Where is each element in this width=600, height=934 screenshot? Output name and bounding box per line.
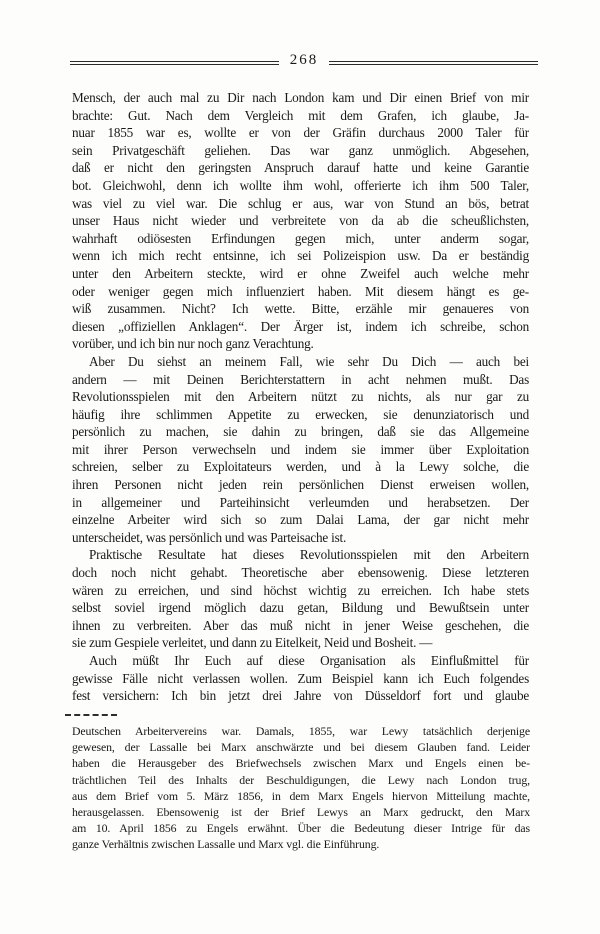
text-line: einzelne Arbeiter wird sich so zum Dalai…	[72, 511, 529, 529]
paragraph: Auch müßt Ihr Euch auf diese Organisatio…	[72, 652, 529, 705]
body-text: Mensch, der auch mal zu Dir nach London …	[72, 89, 529, 705]
text-line: schreien, selber zu Exploitateurs werden…	[72, 458, 529, 476]
footnote-line: Deutschen Arbeitervereins war. Damals, 1…	[72, 723, 530, 739]
text-line: häufig ihre schlimmen Appetite zu erweck…	[72, 406, 529, 424]
text-line: Praktische Resultate hat dieses Revoluti…	[72, 546, 529, 564]
text-line: mit ihrer Person verwechseln und indem s…	[72, 441, 529, 459]
text-line: nuar 1855 war es, wollte er von der Gräf…	[72, 124, 529, 142]
page-header: 268	[70, 55, 538, 70]
text-line: sein Privatgeschäft geliehen. Das war ga…	[72, 142, 529, 160]
text-line: Mensch, der auch mal zu Dir nach London …	[72, 89, 529, 107]
text-line: ihren Personen nicht jeden rein persönli…	[72, 476, 529, 494]
footnote-line: am 10. April 1856 zu Engels erwähnt. Übe…	[72, 820, 530, 836]
text-line: brachte: Gut. Nach dem Vergleich mit dem…	[72, 107, 529, 125]
text-line: wenn ich mich recht entsinne, ich sei Po…	[72, 247, 529, 265]
text-line: Aber Du siehst an meinem Fall, wie sehr …	[72, 353, 529, 371]
text-line: Revolutionsspielen mit den Arbeitern nüt…	[72, 388, 529, 406]
text-line: gewisse Fälle nicht verlassen wollen. Zu…	[72, 670, 529, 688]
footnote-line: aus dem Brief vom 5. März 1856, in dem M…	[72, 788, 530, 804]
footnote-line: trächtlichen Teil des Inhalts der Beschu…	[72, 772, 530, 788]
text-line: wären zu erreichen, und sind höchst wich…	[72, 582, 529, 600]
text-line: sie zum Gespiele verleitet, und dann zu …	[72, 634, 529, 652]
text-line: unterscheidet, was persönlich und was Pa…	[72, 529, 529, 547]
text-line: ihnen zu verbreiten. Aber das muß nicht …	[72, 617, 529, 635]
text-line: was viel zu viel war. Die schlug er aus,…	[72, 195, 529, 213]
text-line: doch noch nicht gehabt. Theoretische abe…	[72, 564, 529, 582]
footnote-line: herausgelassen. Ebensowenig ist der Brie…	[72, 804, 530, 820]
text-line: wahrhaft odiösesten Erfindungen gegen mi…	[72, 230, 529, 248]
text-line: Auch müßt Ihr Euch auf diese Organisatio…	[72, 652, 529, 670]
text-line: selbst soviel irgend möglich dazu getan,…	[72, 599, 529, 617]
paragraph: Aber Du siehst an meinem Fall, wie sehr …	[72, 353, 529, 547]
book-page: 268 Mensch, der auch mal zu Dir nach Lon…	[0, 0, 600, 934]
footnote-line: haben die Herausgeber des Briefwechsels …	[72, 755, 530, 771]
header-rule-right	[329, 61, 538, 65]
text-line: oder weniger gegen mich influenziert hab…	[72, 283, 529, 301]
footnote-separator	[65, 714, 117, 716]
text-line: diesen „offiziellen Anklagen“. Der Ärger…	[72, 318, 529, 336]
paragraph: Praktische Resultate hat dieses Revoluti…	[72, 546, 529, 652]
text-line: wiß zusammen. Nicht? Ich wette. Bitte, e…	[72, 300, 529, 318]
paragraph: Mensch, der auch mal zu Dir nach London …	[72, 89, 529, 353]
text-line: persönlich zu machen, sie dahin zu bring…	[72, 423, 529, 441]
text-line: unter den Arbeitern steckte, wird er ohn…	[72, 265, 529, 283]
page-number: 268	[279, 53, 330, 68]
footnote: Deutschen Arbeitervereins war. Damals, 1…	[72, 723, 530, 853]
footnote-line: gewesen, der Lassalle bei Marx anschwärz…	[72, 739, 530, 755]
text-line: fest versichern: Ich bin jetzt drei Jahr…	[72, 687, 529, 705]
text-line: daß er nicht den geringsten Anspruch dar…	[72, 159, 529, 177]
text-line: vorüber, und ich bin nur noch ganz Verac…	[72, 335, 529, 353]
text-line: unser Haus nicht wieder und verbreitete …	[72, 212, 529, 230]
text-line: andern — mit Deinen Berichterstattern in…	[72, 371, 529, 389]
text-line: in allgemeiner und Parteihinsicht verleu…	[72, 494, 529, 512]
text-line: bot. Gleichwohl, denn ich wollte ihm woh…	[72, 177, 529, 195]
header-rule-left	[70, 61, 279, 65]
footnote-line: ganze Verhältnis zwischen Lassalle und M…	[72, 836, 530, 852]
